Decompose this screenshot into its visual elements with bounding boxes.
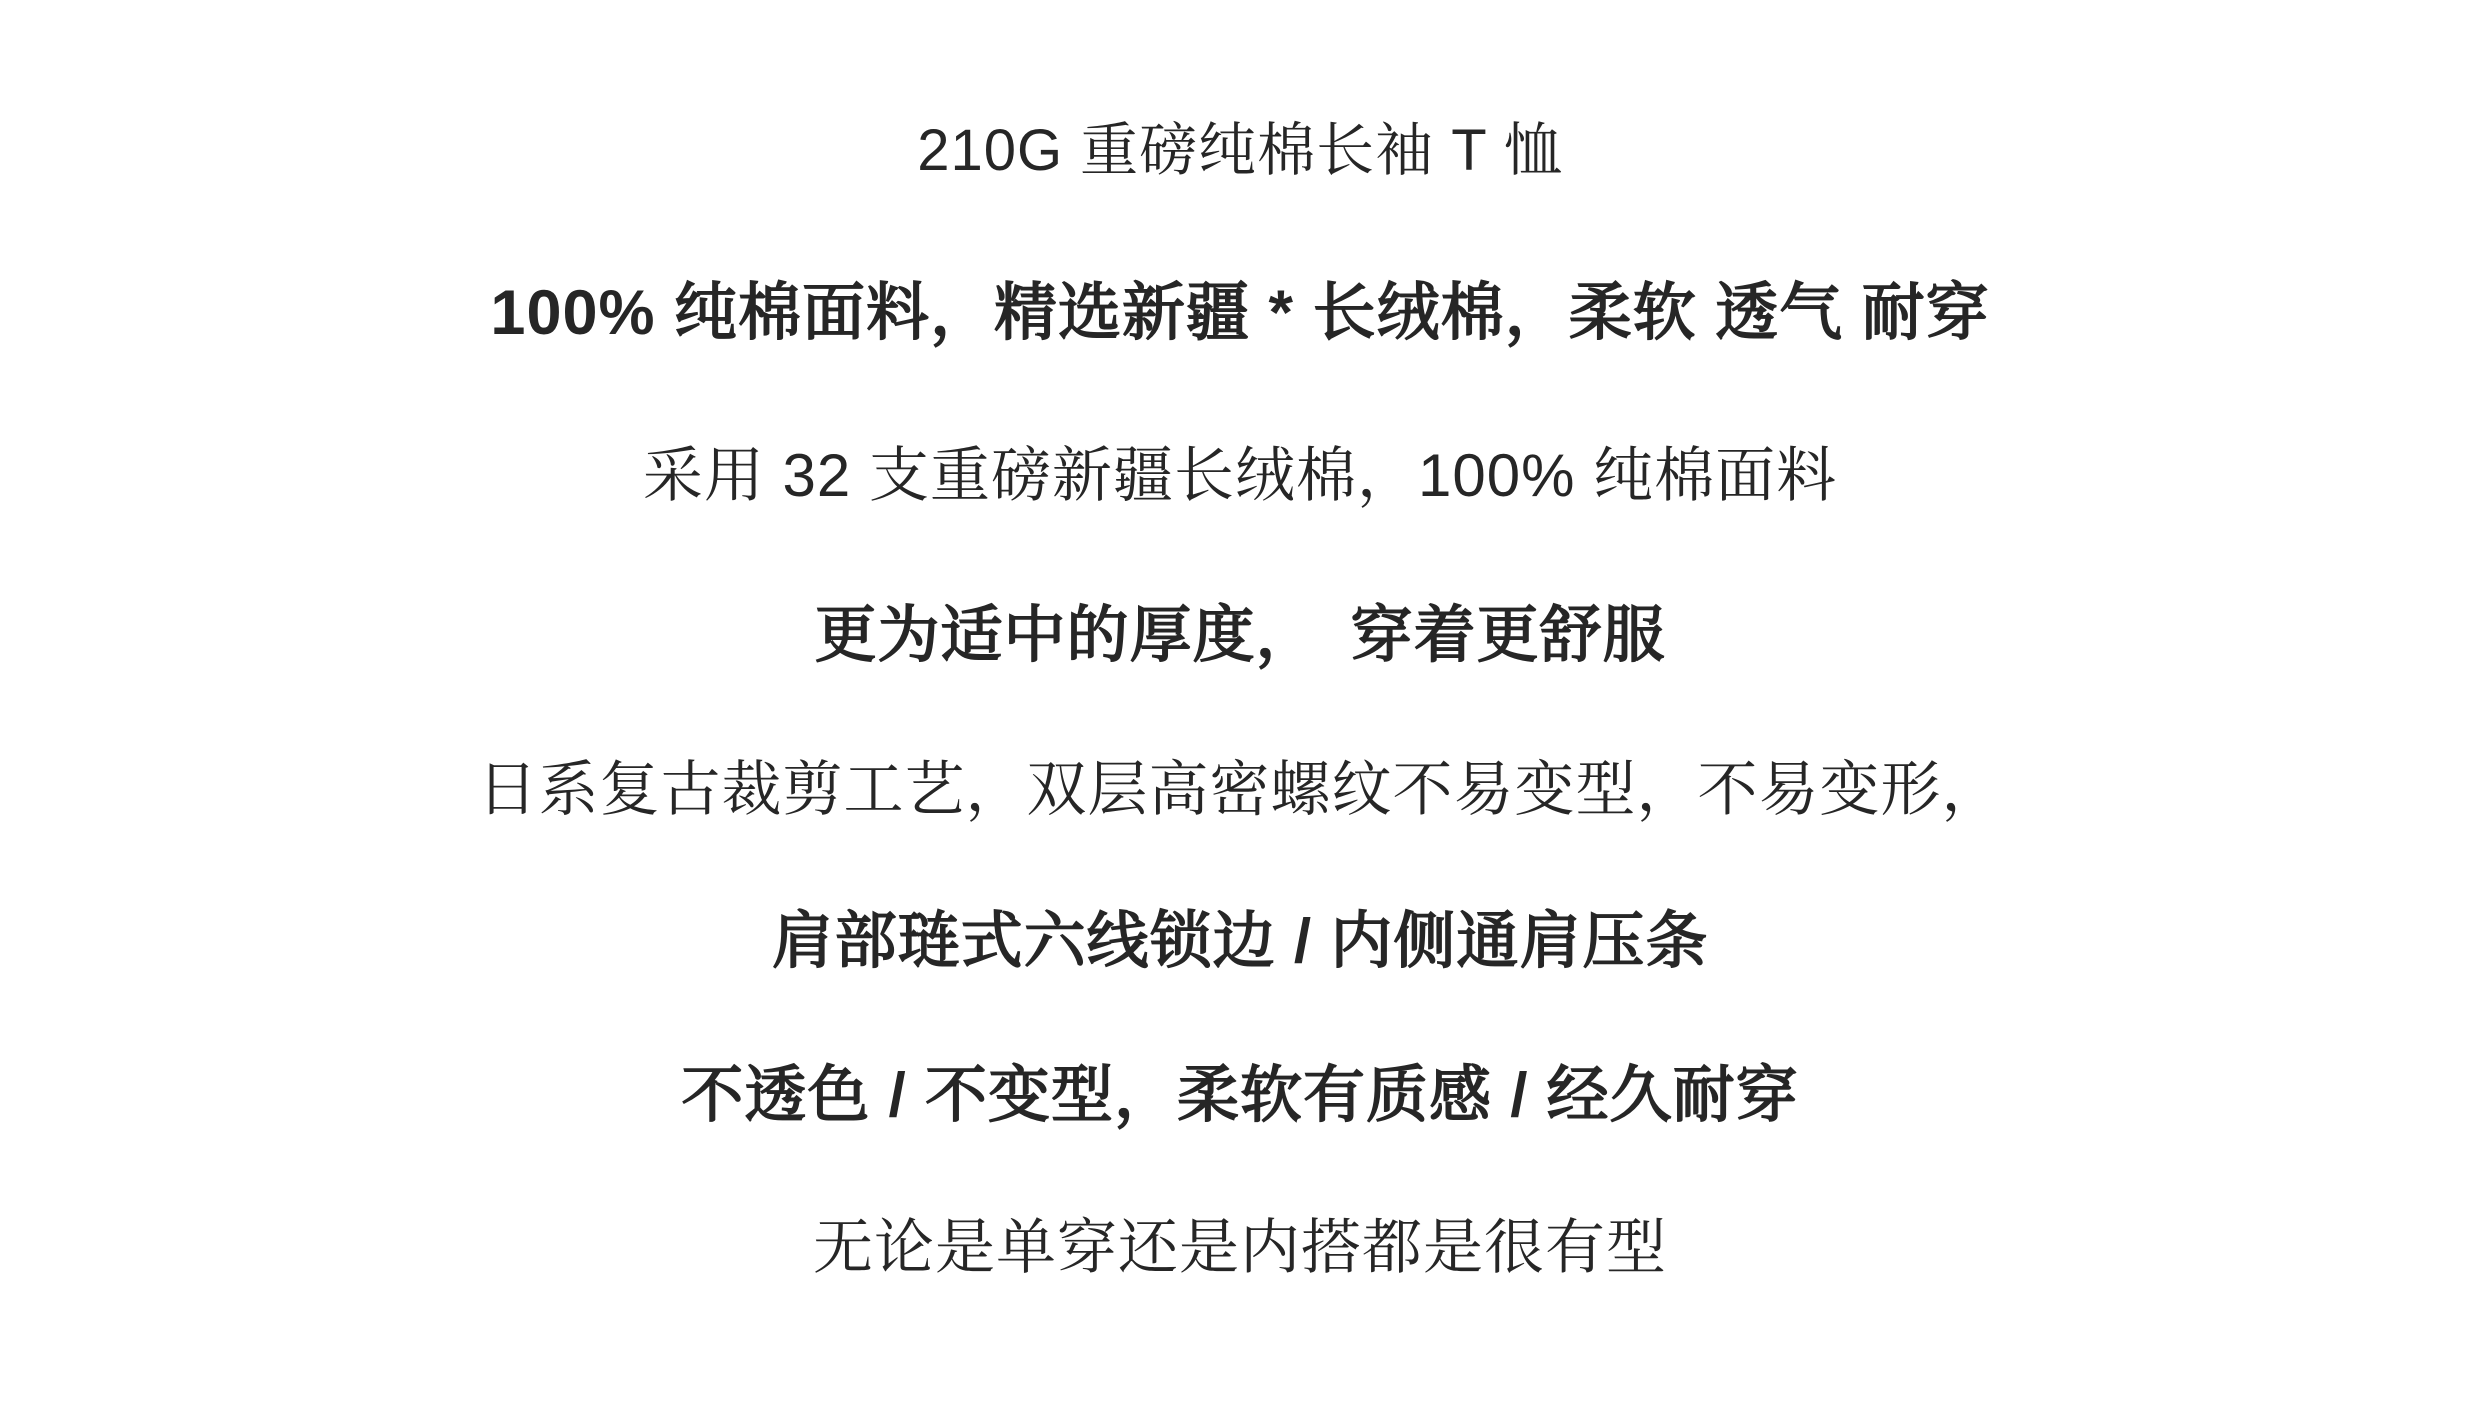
product-description-page: 210G 重磅纯棉长袖 T 恤 100% 纯棉面料，精选新疆 * 长绒棉，柔软 … (0, 0, 2480, 1424)
description-line-thickness: 更为适中的厚度， 穿着更舒服 (0, 605, 2480, 667)
description-line-durability: 不透色 / 不变型，柔软有质感 / 经久耐穿 (0, 1065, 2480, 1127)
description-line-yarn: 采用 32 支重磅新疆长绒棉，100% 纯棉面料 (0, 446, 2480, 506)
description-line-title: 210G 重磅纯棉长袖 T 恤 (0, 122, 2480, 180)
description-line-craft: 日系复古裁剪工艺，双层高密螺纹不易变型，不易变形， (0, 760, 2480, 820)
description-line-fabric: 100% 纯棉面料，精选新疆 * 长绒棉，柔软 透气 耐穿 (0, 282, 2480, 345)
description-line-shoulder: 肩部琏式六线锁边 / 内侧通肩压条 (0, 911, 2480, 973)
description-line-styling: 无论是单穿还是内搭都是很有型 (0, 1218, 2480, 1278)
